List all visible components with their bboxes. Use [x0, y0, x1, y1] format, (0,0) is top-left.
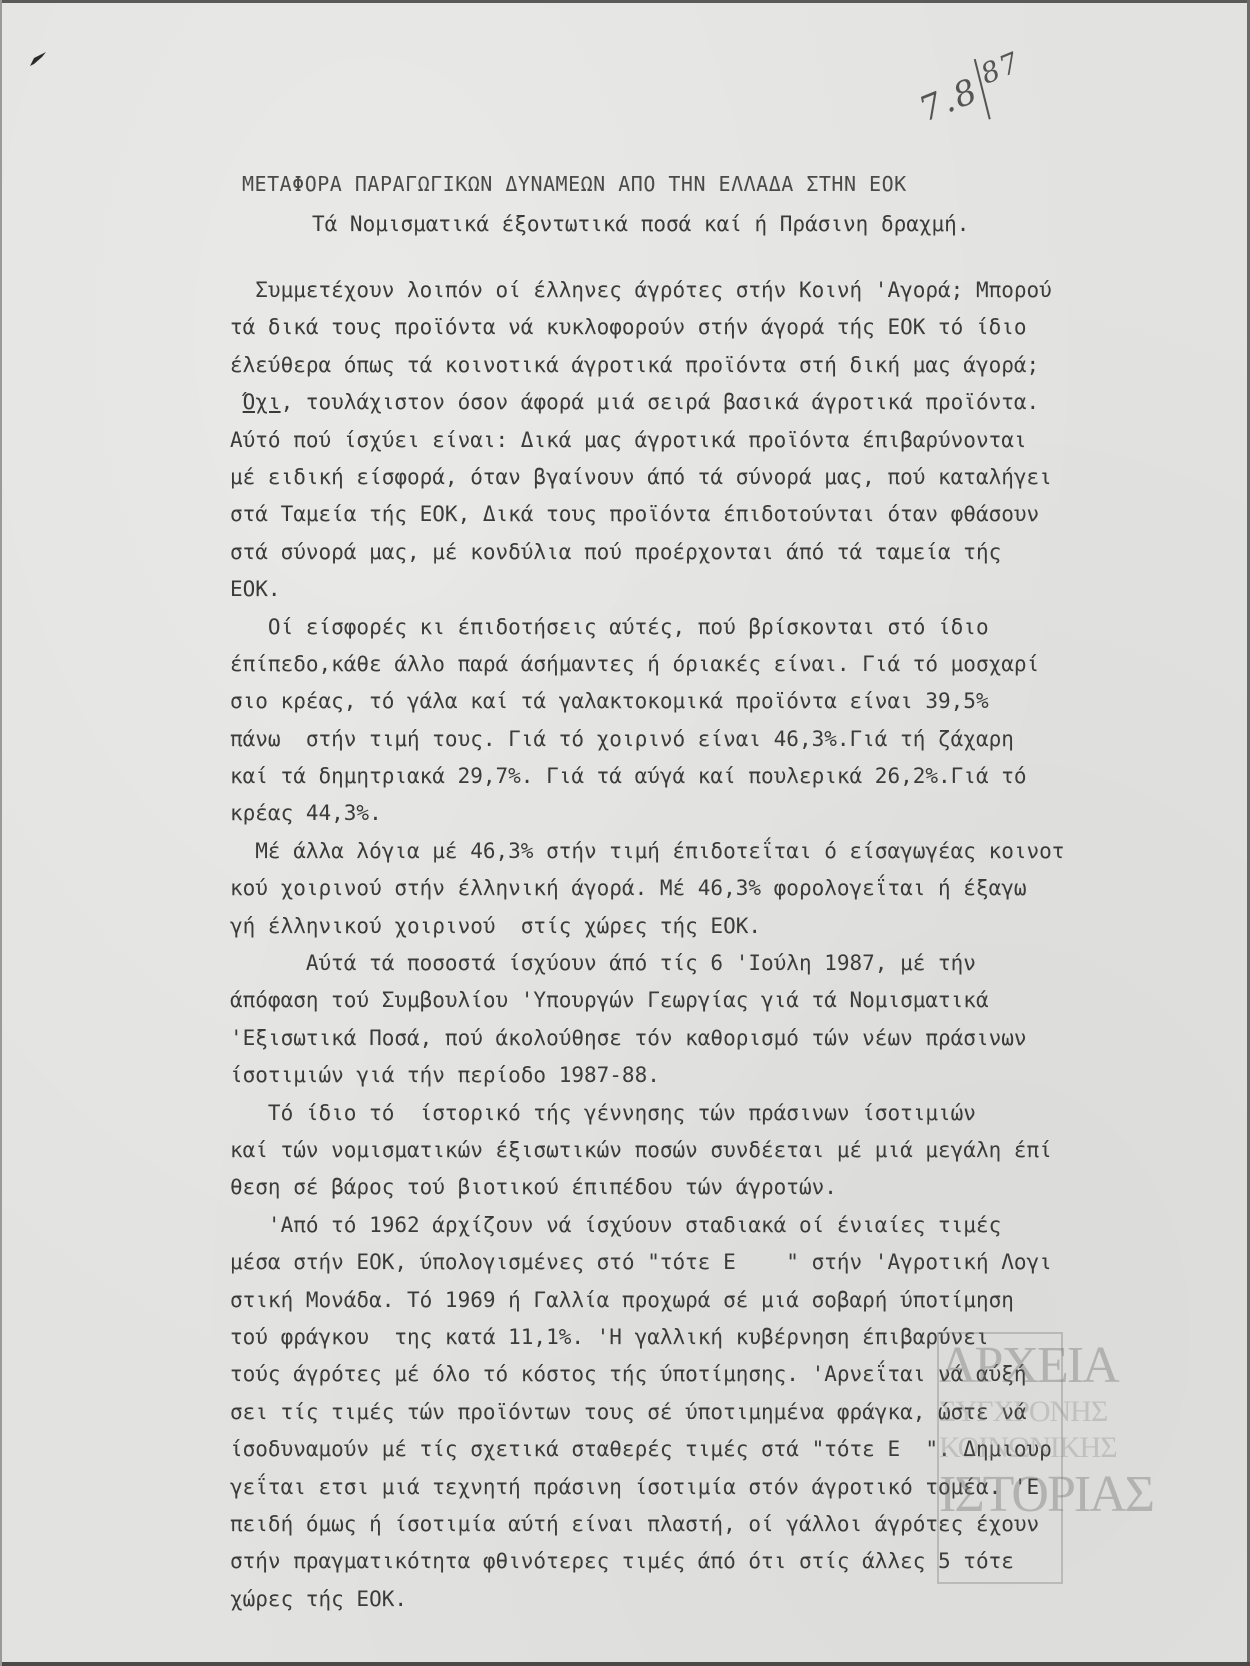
- document-line: ίσοτιμιών γιά τήν περίοδο 1987-88.: [230, 1057, 1250, 1094]
- scanned-page: 7.887 ΜΕΤΑΦΟΡΑ ΠΑΡΑΓΩΓΙΚΩΝ ΔΥΝΑΜΕΩΝ ΑΠΟ …: [0, 0, 1250, 1666]
- document-line: στήν πραγματικότητα φθινότερες τιμές άπό…: [230, 1543, 1250, 1580]
- document-line: στική Μονάδα. Τό 1969 ή Γαλλία προχωρά σ…: [230, 1282, 1250, 1319]
- handwritten-date-annotation: 7.887: [910, 44, 1035, 143]
- document-line: κού χοιρινού στήν έλληνική άγορά. Μέ 46,…: [230, 870, 1250, 907]
- handwritten-date-left: 7.8: [914, 71, 985, 131]
- scan-edge-left: [0, 0, 2, 1666]
- document-line: Μέ άλλα λόγια μέ 46,3% στήν τιμή έπιδοτε…: [230, 833, 1250, 870]
- document-line: τού φράγκου της κατά 11,1%. 'Η γαλλική κ…: [230, 1319, 1250, 1356]
- document-line: θεση σέ βάρος τού βιοτικού έπιπέδου τών …: [230, 1169, 1250, 1206]
- staple-mark-icon: [28, 48, 50, 68]
- document-body: Συμμετέχουν λοιπόν οί έλληνες άγρότες στ…: [230, 272, 1250, 1618]
- document-line: κρέας 44,3%.: [230, 795, 1250, 832]
- document-line: καί τών νομισματικών έξισωτικών ποσών συ…: [230, 1132, 1250, 1169]
- document-line: στά Ταμεία τής ΕΟΚ, Δικά τους προϊόντα έ…: [230, 496, 1250, 533]
- document-line: Αύτό πού ίσχύει είναι: Δικά μας άγροτικά…: [230, 422, 1250, 459]
- document-line: Τό ίδιο τό ίστορικό τής γέννησης τών πρά…: [230, 1095, 1250, 1132]
- document-line: μέ ειδική είσφορά, όταν βγαίνουν άπό τά …: [230, 459, 1250, 496]
- document-line: στά σύνορά μας, μέ κονδύλια πού προέρχον…: [230, 534, 1250, 571]
- underlined-word: Όχι: [243, 390, 281, 414]
- document-line: έπίπεδο,κάθε άλλο παρά άσήμαντες ή όριακ…: [230, 646, 1250, 683]
- document-line: τά δικά τους προϊόντα νά κυκλοφορούν στή…: [230, 309, 1250, 346]
- document-line: ΕΟΚ.: [230, 571, 1250, 608]
- document-line: πειδή όμως ή ίσοτιμία αύτή είναι πλαστή,…: [230, 1506, 1250, 1543]
- document-line: καί τά δημητριακά 29,7%. Γιά τά αύγά καί…: [230, 758, 1250, 795]
- document-line: 'Από τό 1962 άρχίζουν νά ίσχύουν σταδιακ…: [230, 1207, 1250, 1244]
- document-line: έλεύθερα όπως τά κοινοτικά άγροτικά προϊ…: [230, 347, 1250, 384]
- scan-edge-bottom: [0, 1662, 1250, 1666]
- document-line: τούς άγρότες μέ όλο τό κόστος τής ύποτίμ…: [230, 1356, 1250, 1393]
- document-line: Συμμετέχουν λοιπόν οί έλληνες άγρότες στ…: [230, 272, 1250, 309]
- document-line: γή έλληνικού χοιρινού στίς χώρες τής ΕΟΚ…: [230, 908, 1250, 945]
- document-line: σει τίς τιμές τών προϊόντων τους σέ ύποτ…: [230, 1394, 1250, 1431]
- handwritten-date-right: 87: [976, 45, 1025, 90]
- document-subtitle: Τά Νομισματικά έξοντωτικά ποσά καί ή Πρά…: [312, 212, 969, 236]
- document-line: χώρες τής ΕΟΚ.: [230, 1581, 1250, 1618]
- document-line: σιο κρέας, τό γάλα καί τά γαλακτοκομικά …: [230, 683, 1250, 720]
- document-line: γεΐται ετσι μιά τεχνητή πράσινη ίσοτιμία…: [230, 1469, 1250, 1506]
- document-line: πάνω στήν τιμή τους. Γιά τό χοιρινό είνα…: [230, 721, 1250, 758]
- document-line: άπόφαση τού Συμβουλίου 'Υπουργών Γεωργία…: [230, 982, 1250, 1019]
- document-line: Αύτά τά ποσοστά ίσχύουν άπό τίς 6 'Ιούλη…: [230, 945, 1250, 982]
- document-line: μέσα στήν ΕΟΚ, ύπολογισμένες στό "τότε Ε…: [230, 1244, 1250, 1281]
- document-line: Όχι, τουλάχιστον όσον άφορά μιά σειρά βα…: [230, 384, 1250, 421]
- document-line: ίσοδυναμούν μέ τίς σχετικά σταθερές τιμέ…: [230, 1431, 1250, 1468]
- document-line: Οί είσφορές κι έπιδοτήσεις αύτές, πού βρ…: [230, 609, 1250, 646]
- document-title: ΜΕΤΑΦΟΡΑ ΠΑΡΑΓΩΓΙΚΩΝ ΔΥΝΑΜΕΩΝ ΑΠΟ ΤΗΝ ΕΛ…: [242, 172, 907, 196]
- document-line: 'Εξισωτικά Ποσά, πού άκολούθησε τόν καθο…: [230, 1020, 1250, 1057]
- scan-edge-top: [0, 0, 1250, 3]
